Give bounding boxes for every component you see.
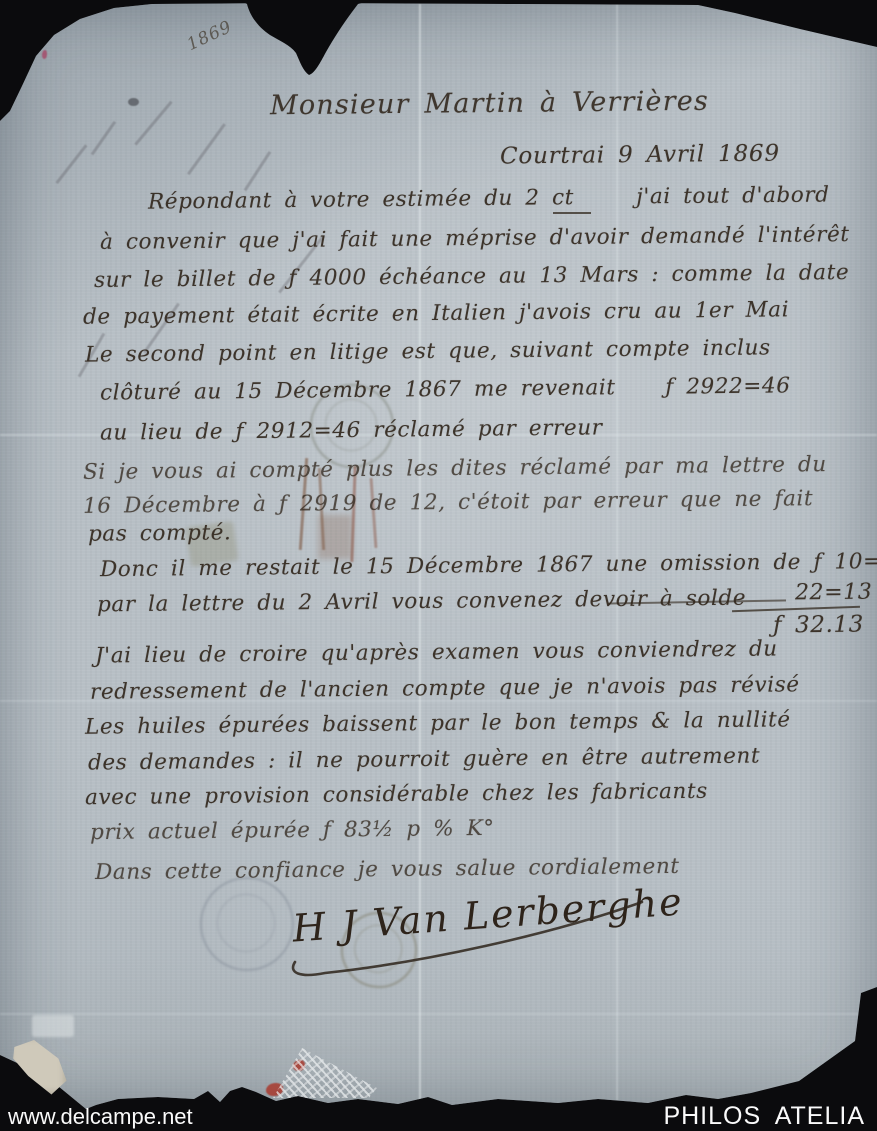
amount-total: ƒ 32.13	[773, 612, 864, 639]
letter-line: au lieu de ƒ 2912=46 réclamé par erreur	[100, 415, 603, 445]
torn-hole	[0, 0, 877, 120]
watermark-text: www.delcampe.net	[8, 1104, 193, 1130]
signature-flourish	[270, 885, 670, 995]
brand-text: PHILOS ATELIA	[663, 1102, 865, 1131]
letter-line: pas compté.	[88, 520, 232, 547]
underline-mark	[553, 212, 591, 214]
amount-solde: 22=13	[795, 580, 873, 606]
ink-bleed-smudge	[318, 515, 352, 559]
fold-crease-horizontal	[0, 1013, 877, 1015]
embossed-stamp-mark	[32, 1015, 74, 1037]
dateline: Courtrai 9 Avril 1869	[500, 141, 780, 170]
letter-paper: 1869 Monsieur Martin à Verrières Courtra…	[0, 0, 877, 1112]
photo-frame: 1869 Monsieur Martin à Verrières Courtra…	[0, 0, 877, 1131]
letter-line: prix actuel épurée ƒ 83½ p % K°	[90, 816, 495, 845]
